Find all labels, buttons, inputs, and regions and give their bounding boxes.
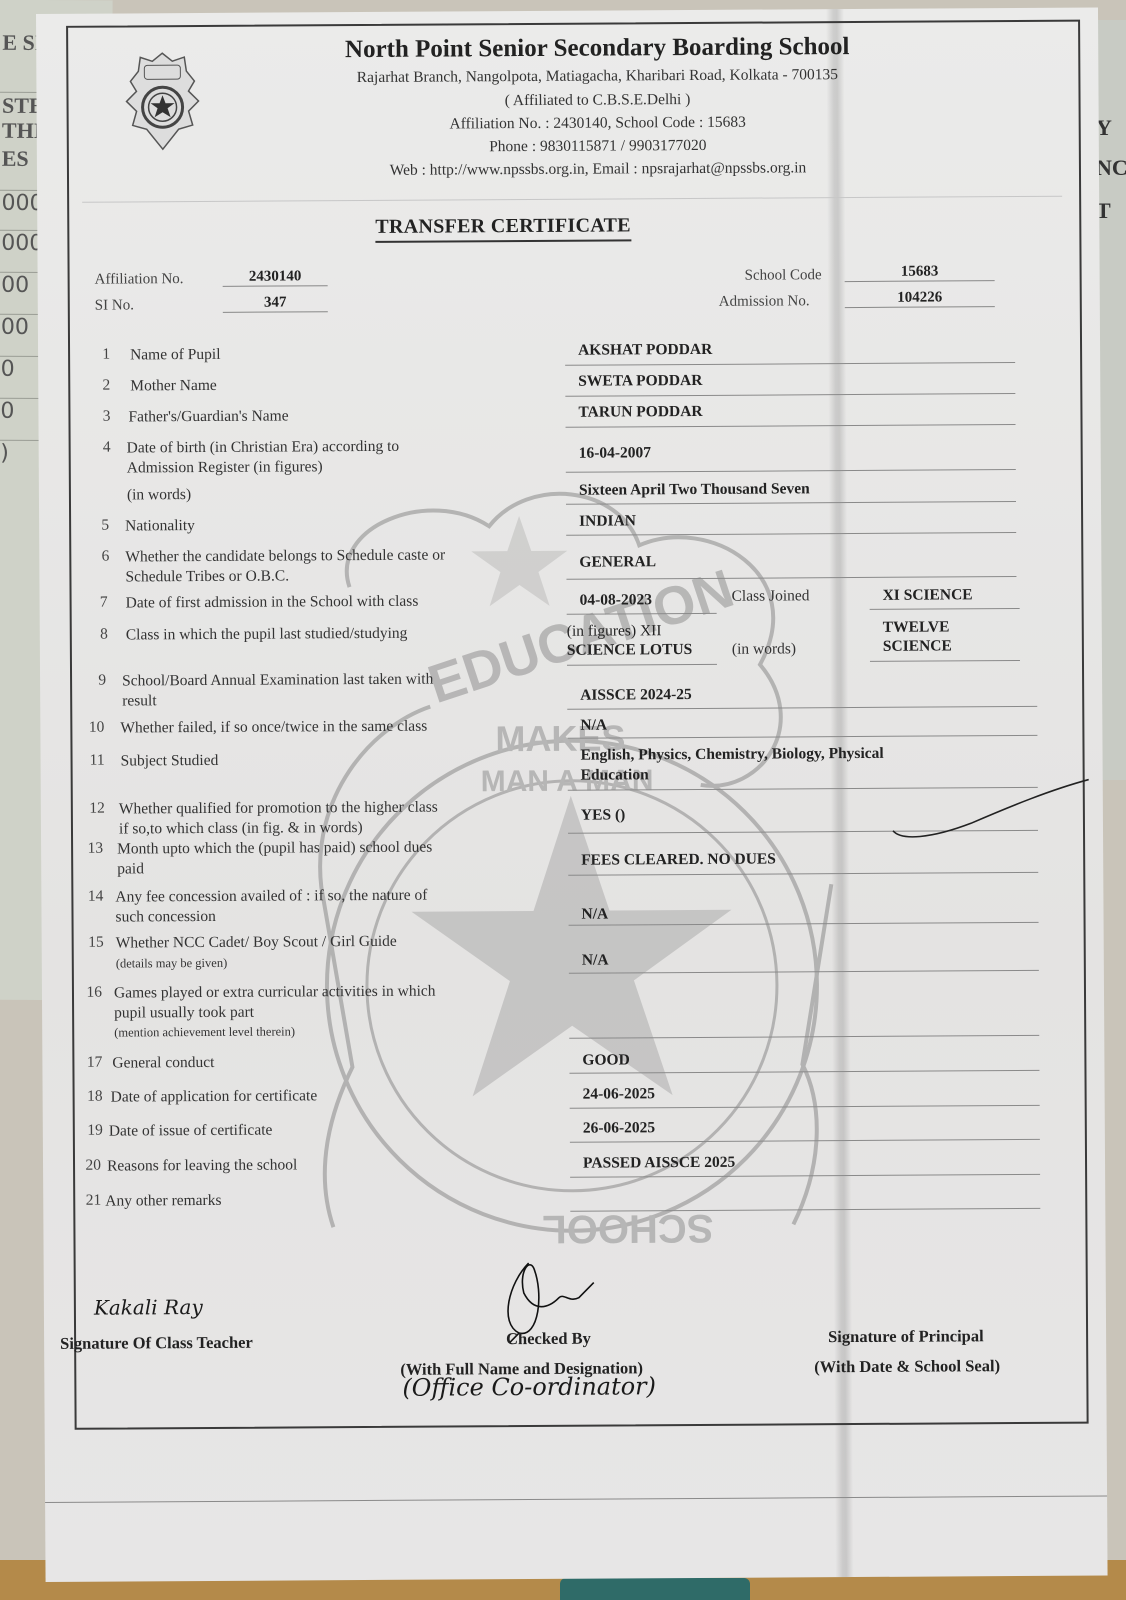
certificate-title: TRANSFER CERTIFICATE — [375, 214, 631, 243]
field-label-activities-2: pupil usually took part — [114, 1003, 254, 1024]
field-value-promotion: YES () — [581, 805, 625, 825]
field-value-dob: 16-04-2007 — [579, 443, 651, 463]
field-value-exam: AISSCE 2024-25 — [580, 685, 692, 706]
field-value-name: AKSHAT PODDAR — [578, 340, 712, 361]
field-number: 13 — [79, 840, 103, 858]
field-number: 2 — [86, 377, 110, 395]
field-value-last-class-2: SCIENCE LOTUS — [567, 640, 692, 661]
last-class-words: TWELVE — [883, 617, 950, 637]
class-teacher-signature: Kakali Ray — [94, 1295, 203, 1320]
class-joined-value: XI SCIENCE — [883, 585, 973, 606]
field-value-subjects: English, Physics, Chemistry, Biology, Ph… — [580, 744, 883, 766]
field-label-ncc: Whether NCC Cadet/ Boy Scout / Girl Guid… — [116, 932, 397, 954]
field-value-subjects-2: Education — [581, 765, 649, 785]
field-label-promotion: Whether qualified for promotion to the h… — [119, 798, 438, 820]
field-number: 14 — [79, 888, 103, 906]
field-label-name: Name of Pupil — [130, 345, 221, 366]
field-label-dob: Date of birth (in Christian Era) accordi… — [127, 437, 400, 459]
field-label-remarks: Any other remarks — [105, 1191, 221, 1212]
field-label-concession: Any fee concession availed of : if so, t… — [115, 886, 427, 908]
field-label-dob-2: Admission Register (in figures) — [127, 457, 323, 478]
transfer-certificate-page: EDUCATION MAKES MAN A MAN SCHOOL North P… — [36, 8, 1108, 1582]
last-class-words-2: SCIENCE — [883, 636, 952, 656]
principal-sublabel: (With Date & School Seal) — [814, 1356, 1000, 1377]
bg-fragment: NC — [1096, 155, 1126, 181]
field-label-ncc-2: (details may be given) — [116, 953, 228, 974]
admission-no-value: 104226 — [845, 289, 995, 308]
page-crease-line — [45, 1495, 1107, 1502]
field-label-activities: Games played or extra curricular activit… — [114, 982, 436, 1004]
checked-by-designation: (Office Co-ordinator) — [402, 1372, 656, 1402]
field-label-leaving-reason: Reasons for leaving the school — [107, 1155, 297, 1176]
principal-signature-label: Signature of Principal — [828, 1326, 984, 1347]
field-number: 1 — [86, 346, 110, 364]
field-value-nationality: INDIAN — [579, 511, 636, 531]
field-number: 5 — [85, 517, 109, 535]
field-value-last-class: (in figures) XII — [567, 621, 662, 642]
field-number: 7 — [84, 594, 108, 612]
field-value-application-date: 24-06-2025 — [583, 1084, 655, 1104]
sl-no-value: 347 — [223, 294, 328, 313]
field-value-ncc: N/A — [582, 951, 609, 971]
field-label-conduct: General conduct — [112, 1053, 214, 1074]
field-value-concession: N/A — [581, 905, 608, 925]
field-label-activities-3: (mention achievement level therein) — [114, 1021, 295, 1042]
field-label-application-date: Date of application for certificate — [111, 1086, 318, 1107]
school-code-label: School Code — [745, 267, 822, 284]
field-label-failed: Whether failed, if so once/twice in the … — [120, 717, 427, 739]
field-value-dob-words: Sixteen April Two Thousand Seven — [579, 479, 810, 500]
class-teacher-signature-label: Signature Of Class Teacher — [60, 1333, 253, 1354]
field-value-leaving-reason: PASSED AISSCE 2025 — [583, 1153, 735, 1174]
field-number: 10 — [80, 719, 104, 737]
class-joined-label: Class Joined — [732, 586, 810, 606]
field-number: 18 — [79, 1088, 103, 1106]
field-number: 20 — [77, 1157, 101, 1175]
field-value-father: TARUN PODDAR — [578, 402, 702, 423]
field-label-last-class: Class in which the pupil last studied/st… — [126, 624, 408, 646]
field-value-first-admission: 04-08-2023 — [580, 590, 652, 610]
object-on-desk — [560, 1578, 750, 1600]
field-label-dob-words: (in words) — [127, 485, 191, 505]
field-label-concession-2: such concession — [115, 907, 215, 928]
field-value-failed: N/A — [580, 716, 607, 736]
field-number: 21 — [77, 1192, 101, 1210]
field-label-mother: Mother Name — [130, 376, 217, 397]
sl-no-label: SI No. — [95, 297, 134, 314]
affiliation-value: 2430140 — [223, 268, 328, 287]
field-label-promotion-2: if so,to which class (in fig. & in words… — [119, 818, 363, 839]
field-value-dues: FEES CLEARED. NO DUES — [581, 849, 776, 870]
field-label-nationality: Nationality — [125, 516, 195, 536]
field-number: 11 — [81, 752, 105, 770]
field-label-exam: School/Board Annual Examination last tak… — [122, 670, 433, 692]
field-label-subjects: Subject Studied — [121, 751, 219, 772]
field-number: 16 — [78, 984, 102, 1002]
field-value-issue-date: 26-06-2025 — [583, 1118, 655, 1138]
field-label-dues-2: paid — [117, 859, 144, 879]
field-number: 12 — [81, 800, 105, 818]
field-label-issue-date: Date of issue of certificate — [109, 1121, 273, 1142]
field-value-conduct: GOOD — [582, 1050, 629, 1070]
field-number: 17 — [78, 1054, 102, 1072]
school-code-value: 15683 — [845, 263, 995, 282]
field-value-category: GENERAL — [579, 552, 656, 572]
field-value-mother: SWETA PODDAR — [578, 371, 702, 392]
checked-by-label: Checked By — [506, 1329, 591, 1350]
field-label-category: Whether the candidate belongs to Schedul… — [125, 546, 445, 568]
field-label-category-2: Schedule Tribes or O.B.C. — [125, 566, 289, 587]
tick-mark-icon — [891, 778, 1091, 849]
field-label-father: Father's/Guardian's Name — [128, 406, 288, 427]
field-number: 3 — [86, 408, 110, 426]
field-number: 15 — [80, 934, 104, 952]
field-label-dues: Month upto which the (pupil has paid) sc… — [117, 838, 432, 860]
field-number: 4 — [87, 439, 111, 457]
affiliation-label: Affiliation No. — [95, 271, 184, 289]
field-label-exam-2: result — [122, 691, 157, 711]
field-number: 6 — [85, 548, 109, 566]
admission-no-label: Admission No. — [719, 293, 810, 311]
field-number: 8 — [84, 626, 108, 644]
field-number: 19 — [79, 1122, 103, 1140]
field-label-first-admission: Date of first admission in the School wi… — [126, 592, 419, 614]
in-words-label: (in words) — [732, 639, 796, 659]
field-number: 9 — [82, 672, 106, 690]
